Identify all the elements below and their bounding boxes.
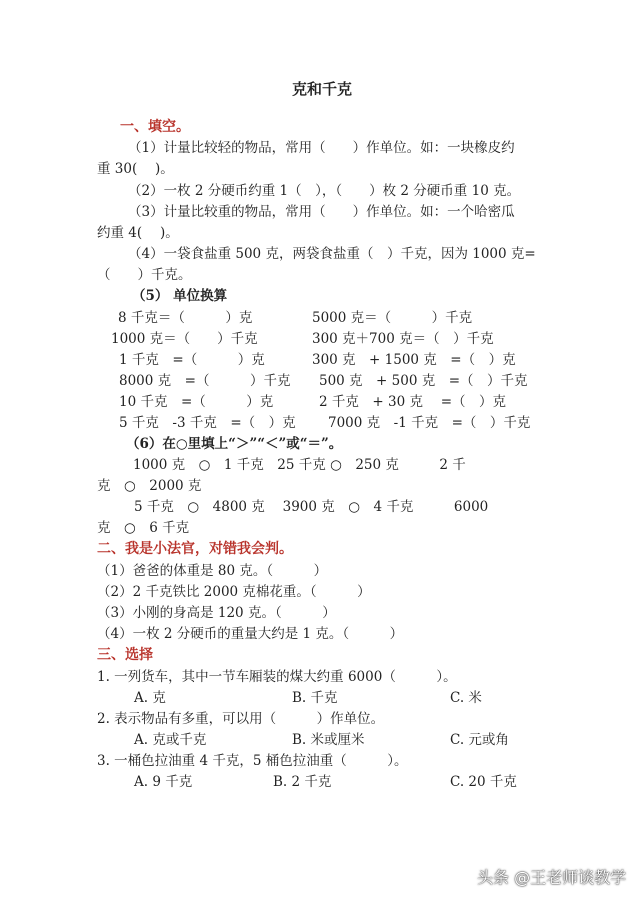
watermark: 头条 @王老师谈教学 bbox=[477, 869, 626, 887]
q2-line: （2）一枚 2 分硬币约重 1（ ），（ ）枚 2 分硬币重 10 克。 bbox=[128, 182, 520, 200]
q1-line-1: （1）计量比较轻的物品，常用（ ）作单位。如：一块橡皮约 bbox=[128, 139, 515, 157]
conversion-row-right: 2 千克 + 30 克 =（ ）克 bbox=[319, 393, 506, 411]
choice-option-c: C. 米 bbox=[450, 689, 482, 707]
conversion-row-right: 500 克 + 500 克 =（ ）千克 bbox=[319, 372, 528, 390]
q4-line-2: （ ）千克。 bbox=[97, 266, 192, 284]
choice-question: 3. 一桶色拉油重 4 千克，5 桶色拉油重（ ）。 bbox=[97, 752, 407, 770]
conversion-row-right: 7000 克 -1 千克 =（ ）千克 bbox=[328, 414, 530, 432]
q4-line-1: （4）一袋食盐重 500 克，两袋食盐重（ ）千克，因为 1000 克= bbox=[128, 245, 536, 263]
q1-line-2: 重 30( )。 bbox=[97, 160, 174, 178]
judge-item: （2）2 千克铁比 2000 克棉花重。（ ） bbox=[97, 583, 371, 601]
section-1-heading: 一、填空。 bbox=[120, 118, 190, 136]
choice-option-a: A. 克或千克 bbox=[134, 731, 206, 749]
conversion-row-left: 10 千克 =（ ）克 bbox=[119, 393, 273, 411]
choice-option-a: A. 克 bbox=[134, 689, 166, 707]
q3-line-1: （3）计量比较重的物品，常用（ ）作单位。如：一个哈密瓜 bbox=[128, 203, 515, 221]
conversion-row-left: 5 千克 -3 千克 =（ ）克 bbox=[119, 414, 296, 432]
conversion-row-right: 300 克 + 1500 克 =（ ）克 bbox=[312, 351, 516, 369]
page-title: 克和千克 bbox=[292, 80, 352, 98]
compare-line: 克 ○ 6 千克 bbox=[97, 519, 189, 537]
conversion-row-left: 1 千克 =（ ）克 bbox=[119, 351, 265, 369]
conversion-row-right: 300 克＋700 克＝（ ）千克 bbox=[312, 330, 494, 348]
choice-option-c: C. 20 千克 bbox=[450, 773, 517, 791]
section-2-heading: 二、我是小法官，对错我会判。 bbox=[97, 540, 293, 558]
q3-line-2: 约重 4( )。 bbox=[97, 224, 179, 242]
choice-option-b: B. 千克 bbox=[292, 689, 338, 707]
compare-line: 5 千克 ○ 4800 克 3900 克 ○ 4 千克 6000 bbox=[134, 498, 488, 516]
compare-line: 1000 克 ○ 1 千克 25 千克 ○ 250 克 2 千 bbox=[133, 456, 466, 474]
choice-option-a: A. 9 千克 bbox=[134, 773, 192, 791]
choice-option-b: B. 2 千克 bbox=[273, 773, 331, 791]
section-3-heading: 三、选择 bbox=[97, 646, 153, 664]
judge-item: （4）一枚 2 分硬币的重量大约是 1 克。（ ） bbox=[97, 625, 403, 643]
conversion-row-right: 5000 克＝（ ）千克 bbox=[312, 309, 472, 327]
choice-question: 2. 表示物品有多重，可以用（ ）作单位。 bbox=[97, 710, 384, 728]
conversion-row-left: 8 千克＝（ ）克 bbox=[118, 309, 252, 327]
compare-line: 克 ○ 2000 克 bbox=[97, 477, 201, 495]
conversion-row-left: 8000 克 =（ ）千克 bbox=[119, 372, 290, 390]
judge-item: （1）爸爸的体重是 80 克。（ ） bbox=[97, 562, 327, 580]
q5-heading: （5） 单位换算 bbox=[132, 287, 227, 305]
choice-option-c: C. 元或角 bbox=[450, 731, 509, 749]
judge-item: （3）小刚的身高是 120 克。（ ） bbox=[97, 604, 336, 622]
choice-question: 1. 一列货车，其中一节车厢装的煤大约重 6000（ ）。 bbox=[97, 668, 457, 686]
choice-option-b: B. 米或厘米 bbox=[292, 731, 365, 749]
q6-heading: （6）在○里填上“＞”“＜”或“＝”。 bbox=[126, 435, 342, 453]
conversion-row-left: 1000 克＝（ ）千克 bbox=[111, 330, 258, 348]
